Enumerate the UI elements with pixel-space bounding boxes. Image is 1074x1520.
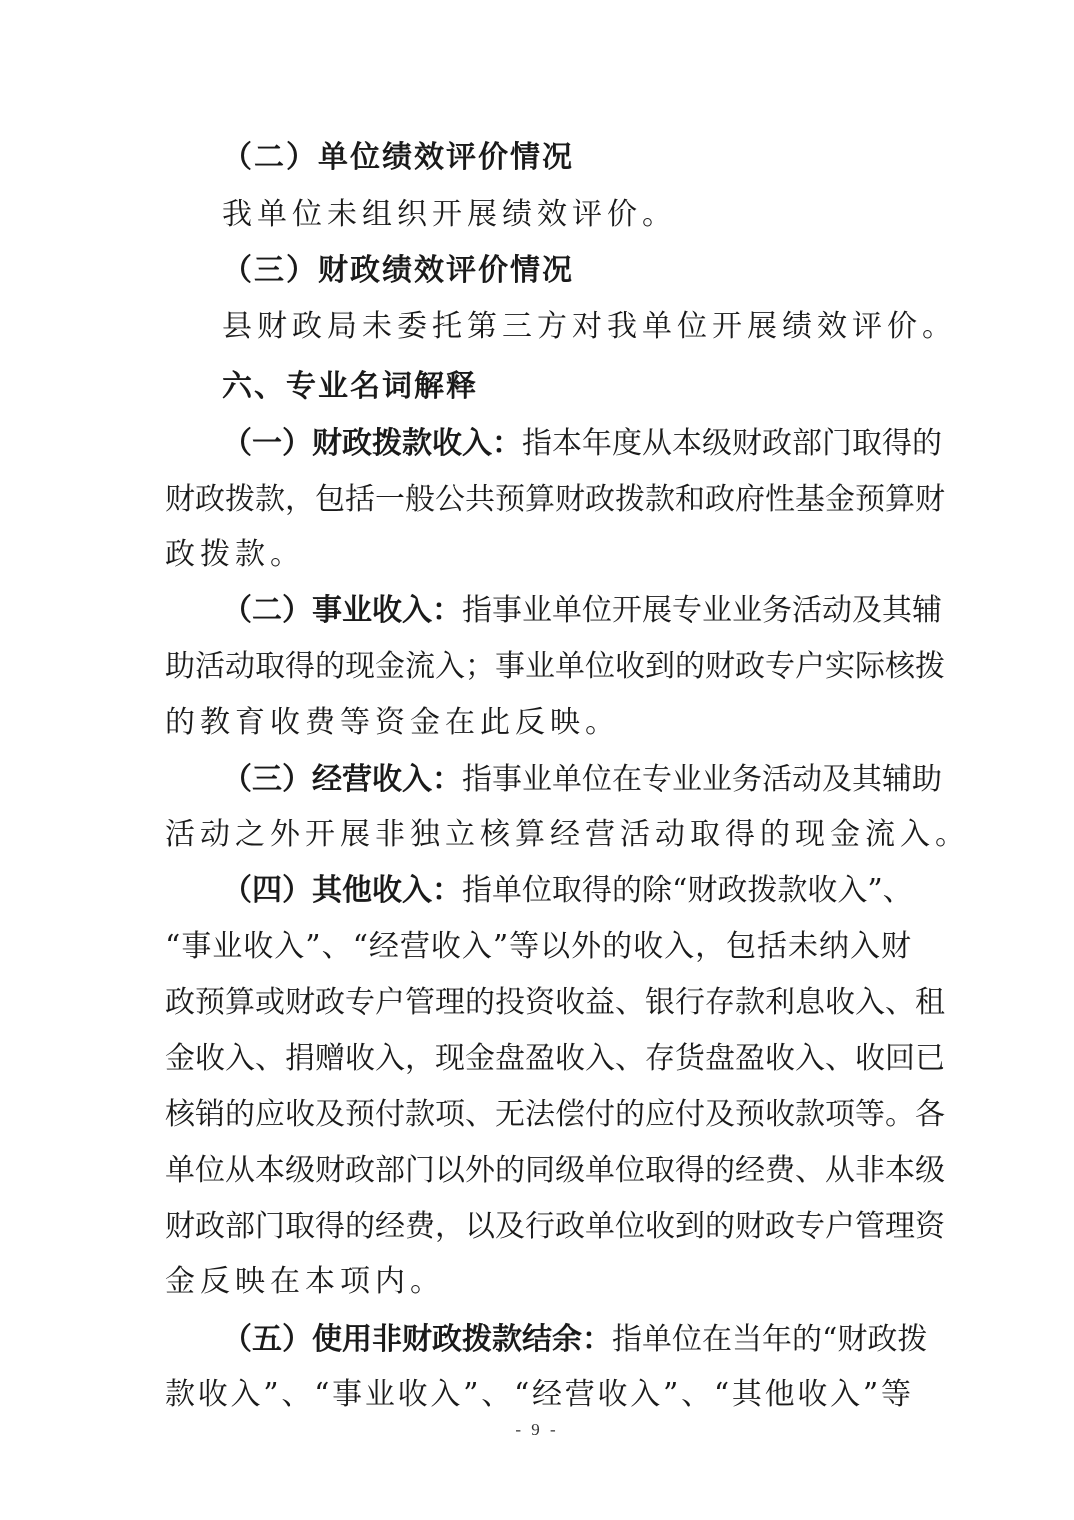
term-line: 活动之外开展非独立核算经营活动取得的现金流入。 (165, 815, 911, 855)
term-operating-income-first-line: （三）经营收入：指事业单位在专业业务活动及其辅助 (222, 760, 911, 800)
term-line: 财政拨款，包括一般公共预算财政拨款和政府性基金预算财 (165, 480, 911, 520)
term-label: （四）其他收入： (222, 873, 462, 908)
document-page: （二）单位绩效评价情况 我单位未组织开展绩效评价。 （三）财政绩效评价情况 县财… (0, 0, 1074, 1520)
term-fiscal-appropriation-first-line: （一）财政拨款收入：指本年度从本级财政部门取得的 (222, 424, 911, 464)
heading-unit-performance-evaluation: （二）单位绩效评价情况 (222, 138, 911, 178)
term-line: 核销的应收及预付款项、无法偿付的应付及预收款项等。各 (165, 1095, 911, 1135)
term-line: 款收入”、“事业收入”、“经营收入”、“其他收入”等 (165, 1375, 911, 1415)
term-line: 财政部门取得的经费，以及行政单位收到的财政专户管理资 (165, 1207, 911, 1247)
term-line: 政拨款。 (165, 535, 911, 575)
term-line: “事业收入”、“经营收入”等以外的收入，包括未纳入财 (165, 927, 911, 967)
term-label: （二）事业收入： (222, 593, 462, 628)
heading-glossary: 六、专业名词解释 (222, 367, 911, 407)
page-number: - 9 - (0, 1420, 1074, 1440)
term-line: 的教育收费等资金在此反映。 (165, 703, 911, 743)
term-other-income-first-line: （四）其他收入：指单位取得的除“财政拨款收入”、 (222, 871, 911, 911)
term-label: （一）财政拨款收入： (222, 426, 522, 461)
term-line: 助活动取得的现金流入；事业单位收到的财政专户实际核拨 (165, 647, 911, 687)
paragraph-unit-evaluation: 我单位未组织开展绩效评价。 (222, 195, 911, 235)
term-line: 政预算或财政专户管理的投资收益、银行存款利息收入、租 (165, 983, 911, 1023)
heading-fiscal-performance-evaluation: （三）财政绩效评价情况 (222, 251, 911, 291)
term-line: 单位从本级财政部门以外的同级单位取得的经费、从非本级 (165, 1151, 911, 1191)
term-line: 金反映在本项内。 (165, 1262, 911, 1302)
term-label: （三）经营收入： (222, 762, 462, 797)
term-non-fiscal-surplus-first-line: （五）使用非财政拨款结余：指单位在当年的“财政拨 (222, 1320, 911, 1360)
term-business-income-first-line: （二）事业收入：指事业单位开展专业业务活动及其辅 (222, 591, 911, 631)
term-label: （五）使用非财政拨款结余： (222, 1322, 612, 1357)
paragraph-fiscal-evaluation: 县财政局未委托第三方对我单位开展绩效评价。 (222, 307, 911, 347)
term-line: 金收入、捐赠收入，现金盘盈收入、存货盘盈收入、收回已 (165, 1039, 911, 1079)
